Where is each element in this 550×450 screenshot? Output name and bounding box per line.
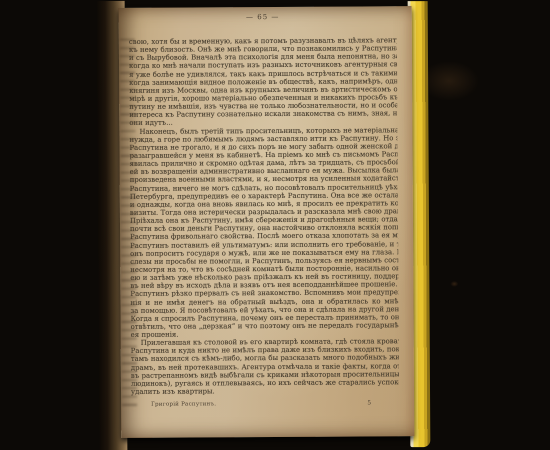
page-number: — 65 — <box>129 12 397 22</box>
book-photo: — 65 — свою, хотя бы и временную, какъ я… <box>0 0 550 450</box>
signature-number: 5 <box>367 400 371 406</box>
text-block: свою, хотя бы и временную, какъ я потомъ… <box>129 36 399 396</box>
running-title: Григорій Распутинъ. <box>151 401 216 407</box>
gutter-ghost-text <box>120 39 137 411</box>
paper-stain <box>450 281 458 287</box>
paper-stain <box>419 61 479 101</box>
text-line: отвѣтилъ, что она „дерзкая“ и что поэтом… <box>131 321 399 331</box>
text-line: людинокъ), ругаясь и отплевываясь, но их… <box>131 378 399 388</box>
book-page: — 65 — свою, хотя бы и временную, какъ я… <box>119 6 415 438</box>
page-footer: Григорій Распутинъ. 5 <box>131 400 399 412</box>
text-line: удалить изъ квартиры. <box>131 386 399 396</box>
